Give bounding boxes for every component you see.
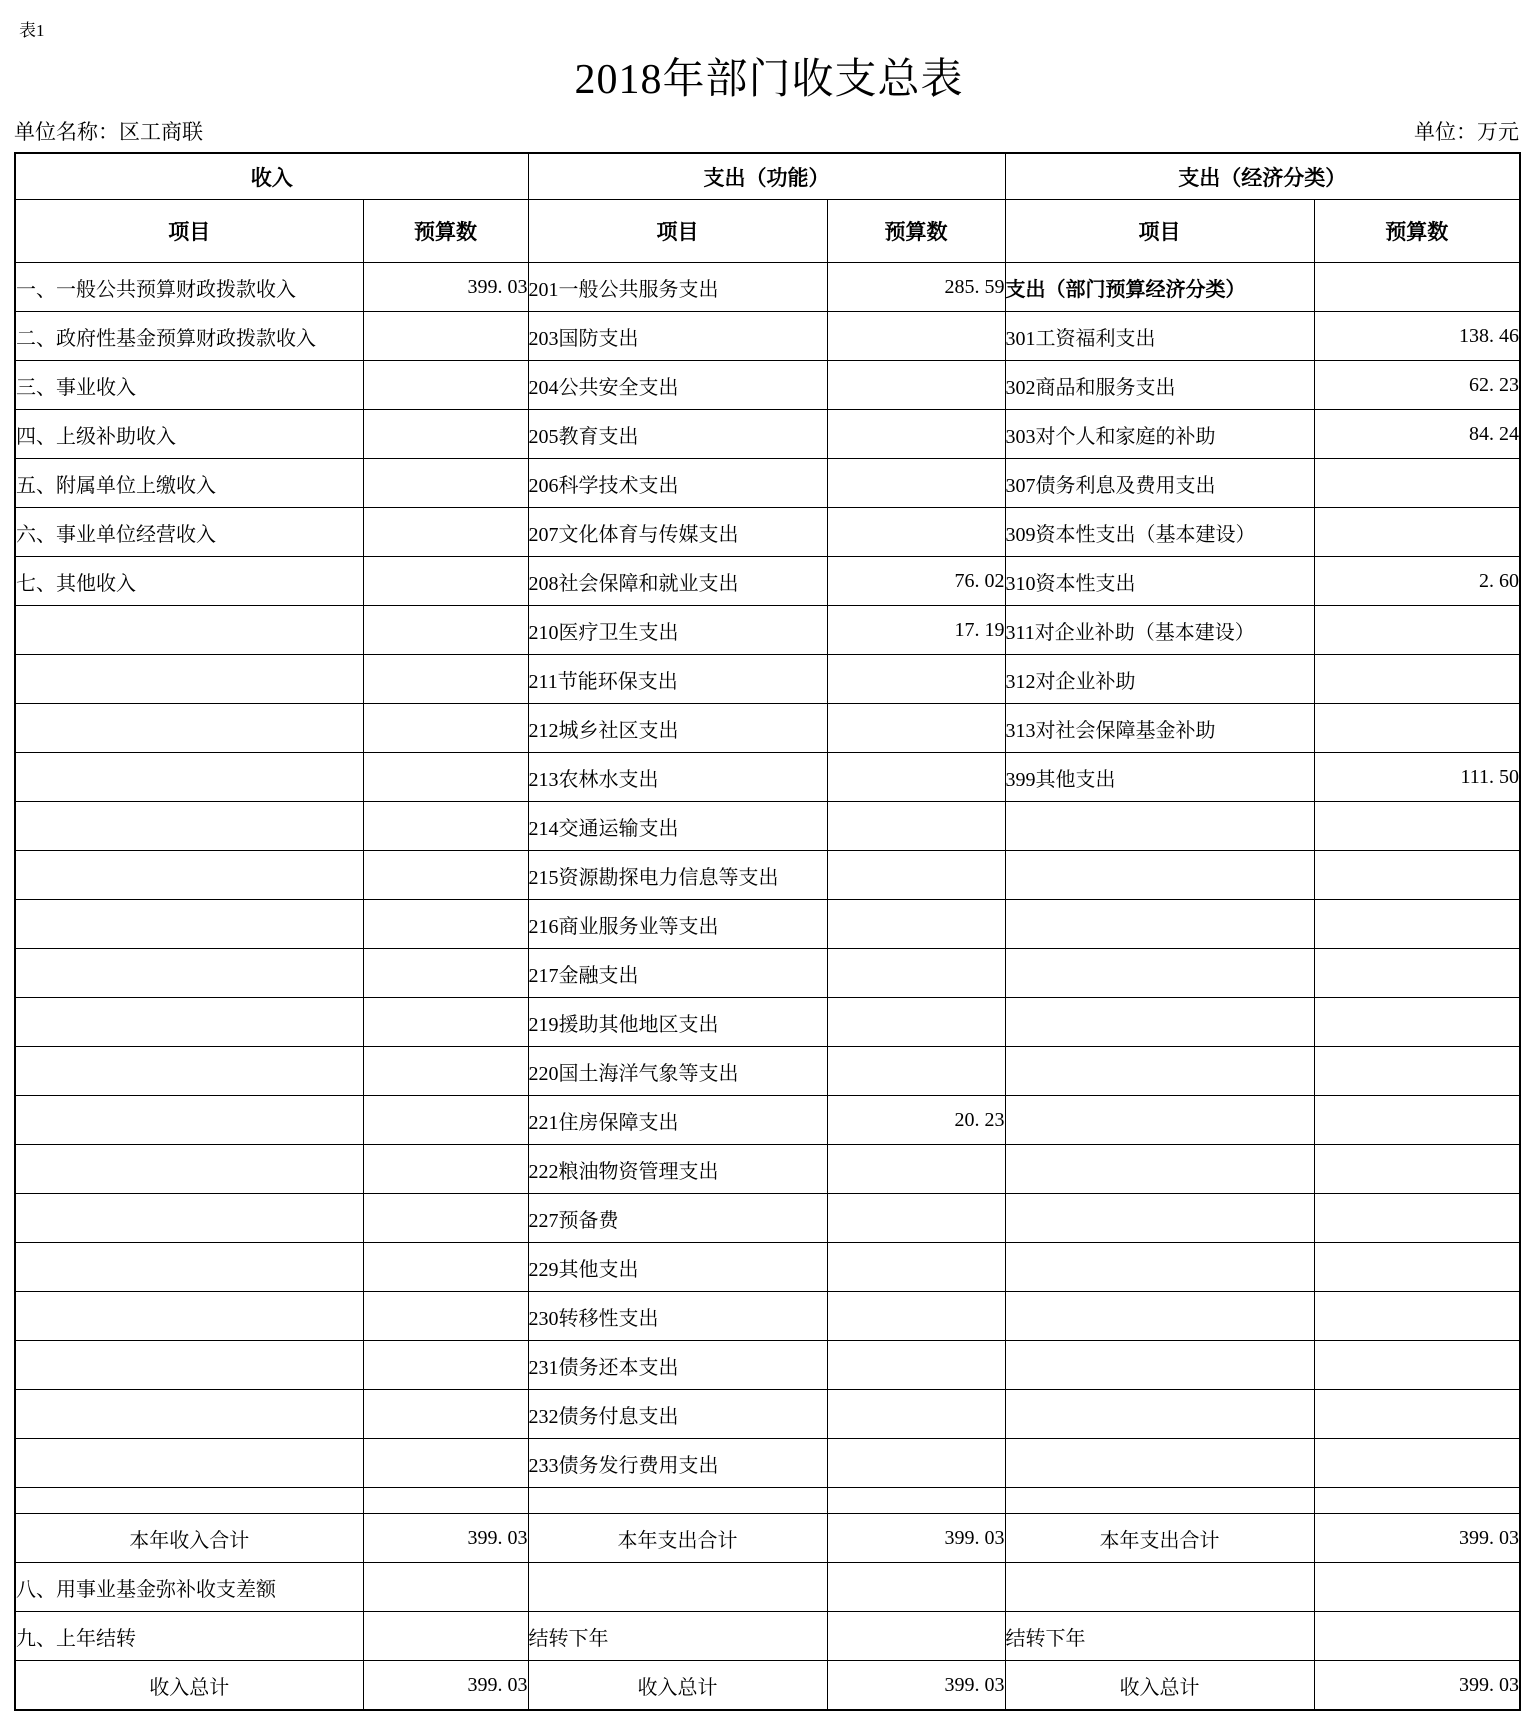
income-budget-cell [363, 1612, 528, 1661]
economic-budget-cell [1314, 1096, 1520, 1145]
income-budget-cell [363, 361, 528, 410]
function-budget-cell [827, 361, 1005, 410]
budget-sheet: 表1 2018年部门收支总表 单位名称：区工商联 单位：万元 收入 支出（功能）… [0, 0, 1538, 1727]
income-budget-cell [363, 557, 528, 606]
economic-budget-cell: 62. 23 [1314, 361, 1520, 410]
income-budget-cell [363, 1390, 528, 1439]
function-item-cell: 213农林水支出 [528, 753, 827, 802]
section-header-function: 支出（功能） [528, 153, 1005, 200]
economic-item-cell [1005, 851, 1314, 900]
table-row: 本年收入合计 399. 03 本年支出合计 399. 03 本年支出合计 399… [15, 1514, 1520, 1563]
income-item-cell [15, 802, 363, 851]
table-header: 收入 支出（功能） 支出（经济分类） 项目 预算数 项目 预算数 项目 预算数 [15, 153, 1520, 263]
economic-budget-cell: 84. 24 [1314, 410, 1520, 459]
table-row: 收入总计 399. 03 收入总计 399. 03 收入总计 399. 03 [15, 1661, 1520, 1711]
income-budget-cell [363, 655, 528, 704]
function-item-cell [528, 1563, 827, 1612]
function-budget-cell [827, 508, 1005, 557]
function-item-cell [528, 1488, 827, 1514]
function-budget-cell [827, 1563, 1005, 1612]
income-budget-cell [363, 949, 528, 998]
income-item-cell: 五、附属单位上缴收入 [15, 459, 363, 508]
table-row: 一、一般公共预算财政拨款收入 399. 03 201一般公共服务支出 285. … [15, 263, 1520, 312]
economic-budget-cell [1314, 802, 1520, 851]
table-row: 217金融支出 [15, 949, 1520, 998]
economic-item-cell: 307债务利息及费用支出 [1005, 459, 1314, 508]
function-budget-cell: 399. 03 [827, 1514, 1005, 1563]
economic-item-cell: 303对个人和家庭的补助 [1005, 410, 1314, 459]
economic-item-cell [1005, 802, 1314, 851]
meta-row: 单位名称：区工商联 单位：万元 [14, 116, 1519, 146]
function-budget-cell [827, 949, 1005, 998]
function-budget-cell [827, 1292, 1005, 1341]
table-row: 229其他支出 [15, 1243, 1520, 1292]
income-item-cell: 七、其他收入 [15, 557, 363, 606]
income-item-cell: 一、一般公共预算财政拨款收入 [15, 263, 363, 312]
economic-budget-header: 预算数 [1314, 200, 1520, 263]
income-item-cell [15, 1194, 363, 1243]
function-budget-cell [827, 1390, 1005, 1439]
income-budget-cell [363, 1194, 528, 1243]
economic-item-cell: 311对企业补助（基本建设） [1005, 606, 1314, 655]
income-item-cell [15, 1096, 363, 1145]
income-item-cell: 六、事业单位经营收入 [15, 508, 363, 557]
economic-item-cell [1005, 1243, 1314, 1292]
income-budget-cell [363, 1563, 528, 1612]
economic-item-cell [1005, 1145, 1314, 1194]
economic-item-cell: 本年支出合计 [1005, 1514, 1314, 1563]
income-item-cell: 八、用事业基金弥补收支差额 [15, 1563, 363, 1612]
income-item-cell [15, 1243, 363, 1292]
economic-item-cell [1005, 1096, 1314, 1145]
table-row: 216商业服务业等支出 [15, 900, 1520, 949]
income-budget-cell [363, 312, 528, 361]
economic-item-cell [1005, 900, 1314, 949]
income-item-cell [15, 851, 363, 900]
income-budget-cell [363, 1096, 528, 1145]
table-row: 215资源勘探电力信息等支出 [15, 851, 1520, 900]
income-item-cell [15, 606, 363, 655]
income-budget-cell [363, 900, 528, 949]
economic-item-cell: 301工资福利支出 [1005, 312, 1314, 361]
function-budget-cell: 17. 19 [827, 606, 1005, 655]
economic-budget-cell [1314, 1047, 1520, 1096]
income-budget-cell [363, 1292, 528, 1341]
economic-item-cell: 结转下年 [1005, 1612, 1314, 1661]
function-budget-cell [827, 1243, 1005, 1292]
table-row: 219援助其他地区支出 [15, 998, 1520, 1047]
function-budget-cell [827, 312, 1005, 361]
function-item-cell: 227预备费 [528, 1194, 827, 1243]
table-row: 三、事业收入 204公共安全支出 302商品和服务支出 62. 23 [15, 361, 1520, 410]
function-item-header: 项目 [528, 200, 827, 263]
economic-budget-cell: 2. 60 [1314, 557, 1520, 606]
table-row [15, 1488, 1520, 1514]
function-item-cell: 229其他支出 [528, 1243, 827, 1292]
function-budget-cell [827, 802, 1005, 851]
income-budget-cell [363, 851, 528, 900]
economic-budget-cell [1314, 1390, 1520, 1439]
economic-item-cell [1005, 1292, 1314, 1341]
income-item-cell: 收入总计 [15, 1661, 363, 1711]
function-budget-cell: 399. 03 [827, 1661, 1005, 1711]
economic-item-cell [1005, 998, 1314, 1047]
function-item-cell: 207文化体育与传媒支出 [528, 508, 827, 557]
economic-budget-cell [1314, 1145, 1520, 1194]
economic-budget-cell: 138. 46 [1314, 312, 1520, 361]
table-row: 211节能环保支出 312对企业补助 [15, 655, 1520, 704]
function-item-cell: 结转下年 [528, 1612, 827, 1661]
economic-item-cell: 310资本性支出 [1005, 557, 1314, 606]
function-budget-header: 预算数 [827, 200, 1005, 263]
income-item-cell [15, 998, 363, 1047]
table-body: 一、一般公共预算财政拨款收入 399. 03 201一般公共服务支出 285. … [15, 263, 1520, 1711]
function-item-cell: 214交通运输支出 [528, 802, 827, 851]
income-budget-cell [363, 998, 528, 1047]
income-budget-cell [363, 508, 528, 557]
function-budget-cell: 76. 02 [827, 557, 1005, 606]
function-budget-cell [827, 1145, 1005, 1194]
income-item-cell [15, 900, 363, 949]
function-item-cell: 212城乡社区支出 [528, 704, 827, 753]
income-item-cell [15, 1145, 363, 1194]
function-budget-cell [827, 655, 1005, 704]
economic-item-cell: 收入总计 [1005, 1661, 1314, 1711]
income-budget-cell [363, 753, 528, 802]
income-budget-cell [363, 1047, 528, 1096]
function-item-cell: 203国防支出 [528, 312, 827, 361]
economic-budget-cell [1314, 1341, 1520, 1390]
function-budget-cell [827, 753, 1005, 802]
function-budget-cell [827, 459, 1005, 508]
income-budget-cell [363, 1145, 528, 1194]
function-item-cell: 211节能环保支出 [528, 655, 827, 704]
economic-budget-cell: 399. 03 [1314, 1661, 1520, 1711]
function-item-cell: 230转移性支出 [528, 1292, 827, 1341]
unit-name-label: 单位名称：区工商联 [14, 116, 203, 146]
function-budget-cell [827, 1194, 1005, 1243]
table-row: 七、其他收入 208社会保障和就业支出 76. 02 310资本性支出 2. 6… [15, 557, 1520, 606]
income-budget-cell [363, 1439, 528, 1488]
budget-table: 收入 支出（功能） 支出（经济分类） 项目 预算数 项目 预算数 项目 预算数 … [14, 152, 1521, 1711]
function-item-cell: 205教育支出 [528, 410, 827, 459]
function-item-cell: 206科学技术支出 [528, 459, 827, 508]
function-item-cell: 222粮油物资管理支出 [528, 1145, 827, 1194]
section-header-income: 收入 [15, 153, 528, 200]
income-budget-cell: 399. 03 [363, 1514, 528, 1563]
section-header-row: 收入 支出（功能） 支出（经济分类） [15, 153, 1520, 200]
economic-budget-cell [1314, 508, 1520, 557]
table-row: 214交通运输支出 [15, 802, 1520, 851]
income-budget-header: 预算数 [363, 200, 528, 263]
function-budget-cell: 20. 23 [827, 1096, 1005, 1145]
income-item-cell [15, 949, 363, 998]
economic-budget-cell [1314, 1194, 1520, 1243]
function-item-cell: 232债务付息支出 [528, 1390, 827, 1439]
column-header-row: 项目 预算数 项目 预算数 项目 预算数 [15, 200, 1520, 263]
economic-budget-cell [1314, 606, 1520, 655]
function-budget-cell: 285. 59 [827, 263, 1005, 312]
economic-item-cell [1005, 949, 1314, 998]
table-row: 222粮油物资管理支出 [15, 1145, 1520, 1194]
income-item-cell [15, 704, 363, 753]
table-row: 232债务付息支出 [15, 1390, 1520, 1439]
function-item-cell: 收入总计 [528, 1661, 827, 1711]
table-row: 八、用事业基金弥补收支差额 [15, 1563, 1520, 1612]
income-item-cell: 三、事业收入 [15, 361, 363, 410]
economic-budget-cell [1314, 1439, 1520, 1488]
economic-budget-cell [1314, 704, 1520, 753]
economic-budget-cell [1314, 998, 1520, 1047]
function-item-cell: 215资源勘探电力信息等支出 [528, 851, 827, 900]
table-row: 六、事业单位经营收入 207文化体育与传媒支出 309资本性支出（基本建设） [15, 508, 1520, 557]
function-budget-cell [827, 704, 1005, 753]
income-item-cell: 二、政府性基金预算财政拨款收入 [15, 312, 363, 361]
income-budget-cell [363, 1488, 528, 1514]
income-item-cell [15, 1341, 363, 1390]
function-budget-cell [827, 1341, 1005, 1390]
economic-item-cell [1005, 1194, 1314, 1243]
economic-budget-cell [1314, 900, 1520, 949]
economic-budget-cell: 111. 50 [1314, 753, 1520, 802]
economic-item-cell [1005, 1488, 1314, 1514]
economic-budget-cell [1314, 459, 1520, 508]
economic-item-header: 项目 [1005, 200, 1314, 263]
income-budget-cell: 399. 03 [363, 1661, 528, 1711]
economic-item-cell [1005, 1341, 1314, 1390]
income-item-cell: 九、上年结转 [15, 1612, 363, 1661]
function-item-cell: 本年支出合计 [528, 1514, 827, 1563]
function-item-cell: 204公共安全支出 [528, 361, 827, 410]
function-item-cell: 219援助其他地区支出 [528, 998, 827, 1047]
economic-budget-cell [1314, 1292, 1520, 1341]
table-row: 220国土海洋气象等支出 [15, 1047, 1520, 1096]
table-row: 227预备费 [15, 1194, 1520, 1243]
economic-budget-cell [1314, 1612, 1520, 1661]
currency-unit-label: 单位：万元 [1414, 116, 1519, 146]
table-row: 221住房保障支出 20. 23 [15, 1096, 1520, 1145]
function-budget-cell [827, 410, 1005, 459]
economic-budget-cell [1314, 1563, 1520, 1612]
function-budget-cell [827, 851, 1005, 900]
economic-item-cell: 312对企业补助 [1005, 655, 1314, 704]
table-row: 231债务还本支出 [15, 1341, 1520, 1390]
section-header-economic: 支出（经济分类） [1005, 153, 1520, 200]
table-row: 230转移性支出 [15, 1292, 1520, 1341]
economic-budget-cell: 399. 03 [1314, 1514, 1520, 1563]
income-budget-cell [363, 802, 528, 851]
function-budget-cell [827, 998, 1005, 1047]
table-row: 九、上年结转 结转下年 结转下年 [15, 1612, 1520, 1661]
income-item-cell [15, 655, 363, 704]
income-budget-cell [363, 459, 528, 508]
function-item-cell: 231债务还本支出 [528, 1341, 827, 1390]
economic-budget-cell [1314, 1488, 1520, 1514]
economic-item-cell: 309资本性支出（基本建设） [1005, 508, 1314, 557]
table-row: 213农林水支出 399其他支出 111. 50 [15, 753, 1520, 802]
table-tag: 表1 [19, 16, 45, 41]
income-item-cell [15, 1439, 363, 1488]
function-item-cell: 220国土海洋气象等支出 [528, 1047, 827, 1096]
function-item-cell: 216商业服务业等支出 [528, 900, 827, 949]
table-row: 233债务发行费用支出 [15, 1439, 1520, 1488]
function-budget-cell [827, 1488, 1005, 1514]
economic-budget-cell [1314, 655, 1520, 704]
income-item-cell [15, 753, 363, 802]
economic-item-cell [1005, 1439, 1314, 1488]
economic-budget-cell [1314, 949, 1520, 998]
page-title: 2018年部门收支总表 [0, 0, 1538, 106]
economic-budget-cell [1314, 851, 1520, 900]
economic-item-cell: 313对社会保障基金补助 [1005, 704, 1314, 753]
income-budget-cell: 399. 03 [363, 263, 528, 312]
income-budget-cell [363, 704, 528, 753]
income-budget-cell [363, 606, 528, 655]
function-budget-cell [827, 1612, 1005, 1661]
economic-item-cell [1005, 1390, 1314, 1439]
income-item-cell: 四、上级补助收入 [15, 410, 363, 459]
economic-budget-cell [1314, 1243, 1520, 1292]
income-item-cell [15, 1390, 363, 1439]
income-item-cell [15, 1292, 363, 1341]
function-budget-cell [827, 900, 1005, 949]
function-budget-cell [827, 1439, 1005, 1488]
table-row: 五、附属单位上缴收入 206科学技术支出 307债务利息及费用支出 [15, 459, 1520, 508]
table-row: 四、上级补助收入 205教育支出 303对个人和家庭的补助 84. 24 [15, 410, 1520, 459]
economic-item-cell: 支出（部门预算经济分类） [1005, 263, 1314, 312]
function-item-cell: 221住房保障支出 [528, 1096, 827, 1145]
income-budget-cell [363, 1341, 528, 1390]
income-budget-cell [363, 1243, 528, 1292]
function-budget-cell [827, 1047, 1005, 1096]
income-item-cell [15, 1488, 363, 1514]
income-budget-cell [363, 410, 528, 459]
function-item-cell: 208社会保障和就业支出 [528, 557, 827, 606]
function-item-cell: 201一般公共服务支出 [528, 263, 827, 312]
function-item-cell: 217金融支出 [528, 949, 827, 998]
function-item-cell: 210医疗卫生支出 [528, 606, 827, 655]
economic-item-cell [1005, 1563, 1314, 1612]
economic-item-cell: 399其他支出 [1005, 753, 1314, 802]
function-item-cell: 233债务发行费用支出 [528, 1439, 827, 1488]
table-row: 210医疗卫生支出 17. 19 311对企业补助（基本建设） [15, 606, 1520, 655]
economic-budget-cell [1314, 263, 1520, 312]
income-item-cell [15, 1047, 363, 1096]
income-item-header: 项目 [15, 200, 363, 263]
table-row: 212城乡社区支出 313对社会保障基金补助 [15, 704, 1520, 753]
table-row: 二、政府性基金预算财政拨款收入 203国防支出 301工资福利支出 138. 4… [15, 312, 1520, 361]
income-item-cell: 本年收入合计 [15, 1514, 363, 1563]
economic-item-cell [1005, 1047, 1314, 1096]
economic-item-cell: 302商品和服务支出 [1005, 361, 1314, 410]
